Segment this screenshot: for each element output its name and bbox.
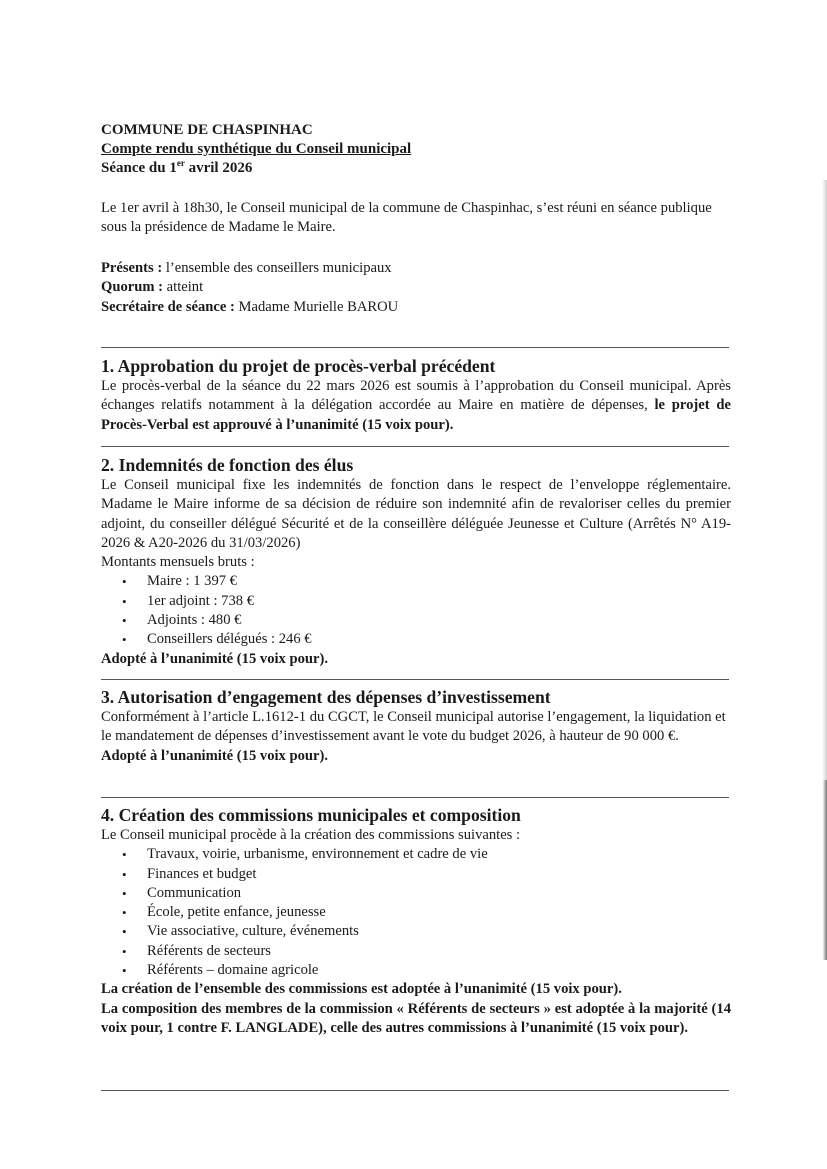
section-body: Le Conseil municipal procède à la créati… [101,826,731,845]
list-item: Référents – domaine agricole [147,961,731,980]
section-divider [101,347,729,348]
list-item: Maire : 1 397 € [147,572,731,591]
list-item: Conseillers délégués : 246 € [147,630,731,649]
presents-line: Présents : l’ensemble des conseillers mu… [101,259,731,278]
section-title: 2. Indemnités de fonction des élus [101,454,731,476]
section-divider [101,797,729,798]
quorum-line: Quorum : atteint [101,278,731,297]
scan-edge-shadow [823,780,827,960]
section-divider [101,1090,729,1091]
list-intro: Montants mensuels bruts : [101,553,731,572]
list-item: Travaux, voirie, urbanisme, environnemen… [147,845,731,864]
section-body: Conformément à l’article L.1612-1 du CGC… [101,708,731,747]
section-result: La création de l’ensemble des commission… [101,981,622,997]
section-result: Adopté à l’unanimité (15 voix pour). [101,651,328,667]
list-item: Adjoints : 480 € [147,611,731,630]
section-body: Le Conseil municipal fixe les indemnités… [101,476,731,553]
list-item: Référents de secteurs [147,942,731,961]
list-item: Vie associative, culture, événements [147,922,731,941]
section-title: 1. Approbation du projet de procès-verba… [101,355,731,377]
section-divider [101,446,729,447]
document-page: COMMUNE DE CHASPINHAC Compte rendu synth… [0,0,827,1169]
list-item: Communication [147,884,731,903]
document-title: Compte rendu synthétique du Conseil muni… [101,140,731,159]
section-title: 3. Autorisation d’engagement des dépense… [101,686,731,708]
section-result: Adopté à l’unanimité (15 voix pour). [101,748,328,764]
section-3: 3. Autorisation d’engagement des dépense… [101,686,731,766]
section-title: 4. Création des commissions municipales … [101,804,731,826]
list-item: École, petite enfance, jeunesse [147,903,731,922]
secretaire-line: Secrétaire de séance : Madame Murielle B… [101,298,731,317]
document-header: COMMUNE DE CHASPINHAC Compte rendu synth… [101,121,731,178]
section-2: 2. Indemnités de fonction des élus Le Co… [101,454,731,669]
commune-name: COMMUNE DE CHASPINHAC [101,121,731,140]
section-4: 4. Création des commissions municipales … [101,804,731,1038]
seance-date: Séance du 1er avril 2026 [101,159,731,178]
intro-paragraph: Le 1er avril à 18h30, le Conseil municip… [101,199,731,238]
allowance-list: Maire : 1 397 € 1er adjoint : 738 € Adjo… [101,572,731,649]
attendance-block: Présents : l’ensemble des conseillers mu… [101,259,731,317]
list-item: Finances et budget [147,865,731,884]
list-item: 1er adjoint : 738 € [147,592,731,611]
commissions-list: Travaux, voirie, urbanisme, environnemen… [101,845,731,980]
section-body: Le procès-verbal de la séance du 22 mars… [101,377,731,435]
section-1: 1. Approbation du projet de procès-verba… [101,355,731,435]
section-result: La composition des membres de la commiss… [101,1001,731,1036]
section-divider [101,679,729,680]
